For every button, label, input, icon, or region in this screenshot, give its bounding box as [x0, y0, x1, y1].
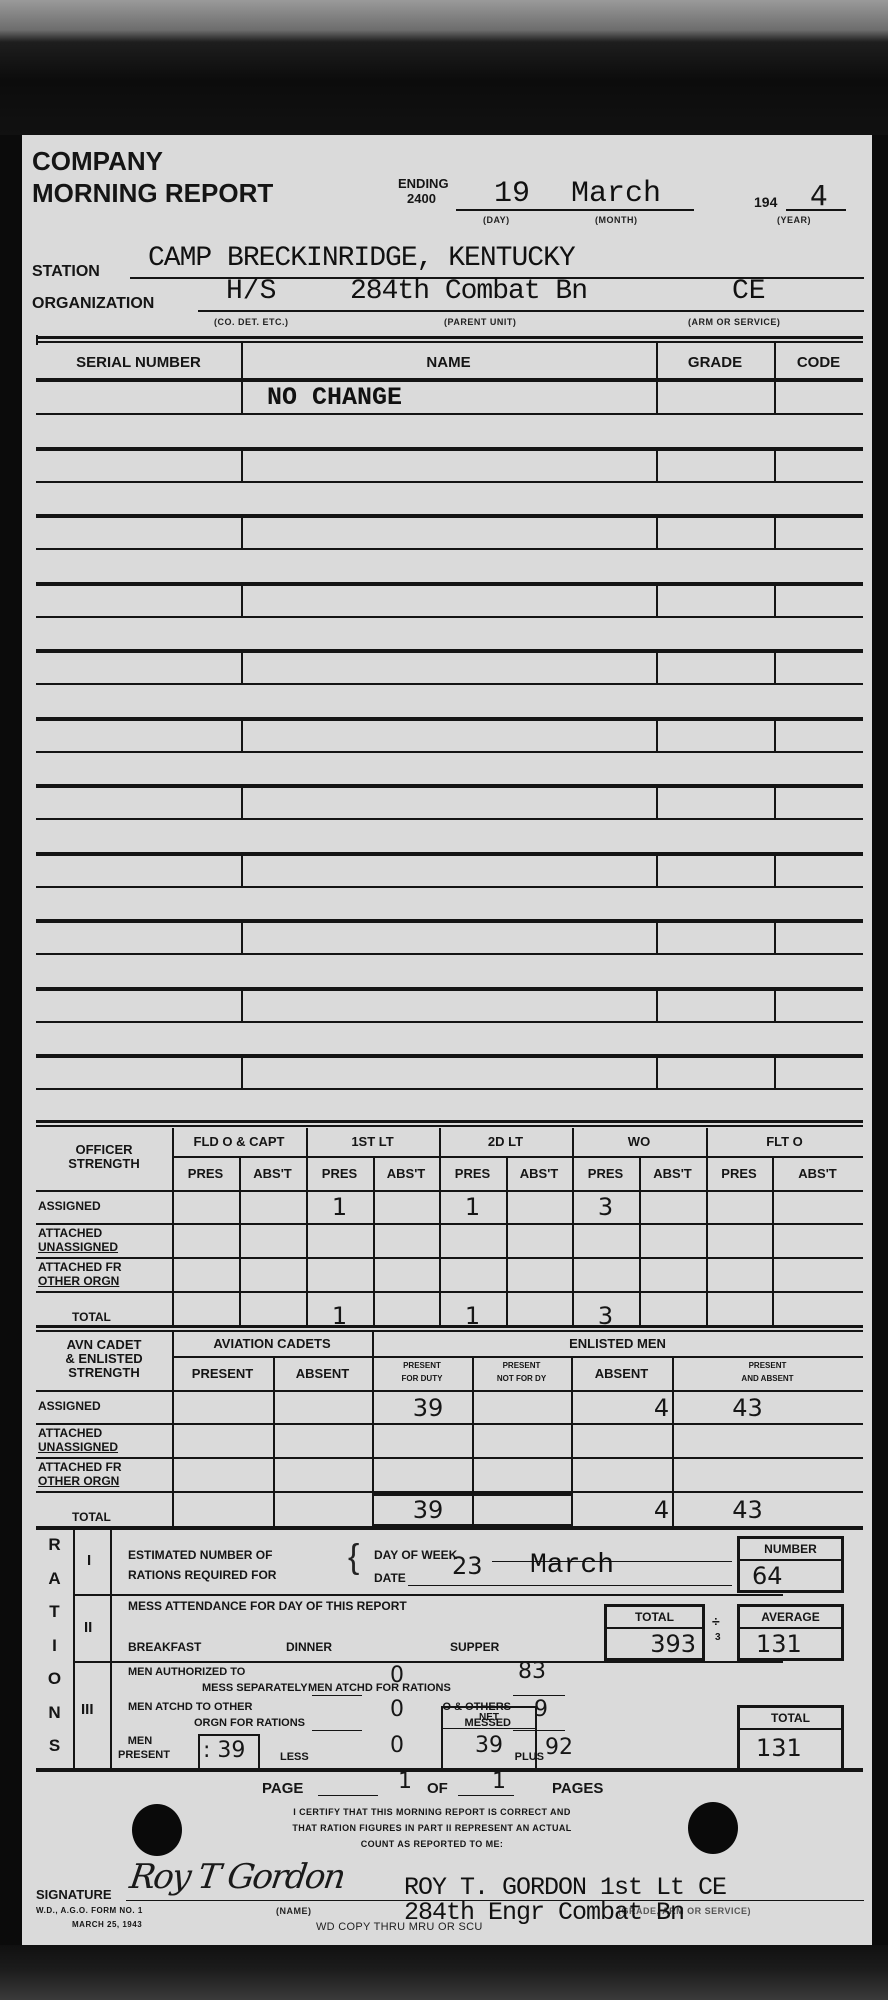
officer-group-header: FLD O & CAPT: [172, 1134, 306, 1149]
average-box: AVERAGE 131: [737, 1604, 844, 1661]
officer-header-rule: [36, 1190, 863, 1192]
enlisted-cell[interactable]: [273, 1461, 372, 1491]
auth-sep-label-1: MEN AUTHORIZED TO: [128, 1666, 245, 1678]
page-label: PAGE: [262, 1780, 303, 1797]
rations-top-rule: [36, 1527, 863, 1530]
sub-header-em-absent: ABSENT: [571, 1366, 672, 1381]
roster-column-divider: [656, 785, 658, 819]
officer-cell[interactable]: [506, 1227, 572, 1257]
enlisted-row-label: ATTACHED FR: [38, 1461, 122, 1474]
roster-column-divider: [774, 718, 776, 752]
officer-bottom-rule: [36, 1325, 863, 1328]
mess-total-label: TOTAL: [607, 1607, 702, 1629]
men-present-box: : 39: [198, 1734, 260, 1770]
caption-day: (DAY): [483, 215, 510, 225]
pages-value: 1: [492, 1769, 506, 1794]
roster-column-divider: [241, 785, 243, 819]
officer-cell[interactable]: [239, 1227, 306, 1257]
officer-cell[interactable]: [772, 1193, 863, 1223]
enlisted-row-rule: [36, 1457, 863, 1459]
rations-letter: R: [36, 1535, 73, 1555]
of-label: OF: [427, 1780, 448, 1797]
certify-line-3: COUNT AS REPORTED TO ME:: [222, 1839, 642, 1849]
pages-label: PAGES: [552, 1780, 603, 1797]
mess-total-box: TOTAL 393: [604, 1604, 705, 1661]
officer-cell[interactable]: [373, 1227, 439, 1257]
handwritten-signature: Roy T Gordon: [127, 1857, 346, 1897]
enlisted-cell[interactable]: 43: [652, 1393, 843, 1423]
roster-pair-rule: [36, 514, 863, 518]
officer-sub-header: ABS'T: [772, 1166, 863, 1181]
enlisted-strength-title: AVN CADET: [36, 1338, 172, 1352]
rations-letter: S: [36, 1736, 73, 1756]
final-total-box: TOTAL 131: [737, 1705, 844, 1770]
enlisted-cell[interactable]: [472, 1427, 571, 1457]
roster-row-rule: [36, 683, 863, 685]
sec2-numeral: II: [84, 1619, 92, 1636]
roster-bottom-rule-2: [36, 1125, 863, 1127]
atchd-other-underline: [312, 1730, 362, 1731]
roster-column-divider: [656, 920, 658, 954]
officer-strength-title: OFFICER: [36, 1143, 172, 1157]
organization-label: ORGANIZATION: [32, 295, 154, 313]
officer-row-rule: [36, 1257, 863, 1259]
aviation-cadets-header: AVIATION CADETS: [172, 1336, 372, 1351]
roster-row-rule: [36, 413, 863, 415]
roster-column-divider: [774, 853, 776, 887]
roster-column-divider: [774, 650, 776, 684]
officer-cell[interactable]: [572, 1227, 639, 1257]
rations-letter: I: [36, 1636, 73, 1656]
roster-pair-rule: [36, 582, 863, 586]
sub-header-present-and-absent: PRESENT: [672, 1361, 863, 1370]
roster-column-divider: [774, 1055, 776, 1089]
punch-hole-left-icon: [132, 1804, 182, 1856]
officer-cell[interactable]: [706, 1227, 772, 1257]
rations-sec2-bottom: [73, 1661, 783, 1663]
punch-hole-right-icon: [688, 1802, 738, 1854]
officer-cell[interactable]: [772, 1261, 863, 1291]
officer-bottom-rule-2: [36, 1330, 863, 1332]
enlisted-row-label: ASSIGNED: [38, 1400, 101, 1413]
station-label: STATION: [32, 263, 100, 281]
enlisted-cell[interactable]: [172, 1495, 273, 1525]
roster-corner: [36, 335, 38, 345]
officer-cell[interactable]: [639, 1227, 706, 1257]
enlisted-cell[interactable]: 43: [652, 1495, 843, 1525]
roster-row-rule: [36, 886, 863, 888]
microfilm-top-edge: [0, 0, 888, 135]
form-date: MARCH 25, 1943: [72, 1920, 142, 1929]
sub-header-present-not-for-duty: NOT FOR DY: [472, 1374, 571, 1383]
men-present-label-1: MEN: [118, 1735, 162, 1747]
men-present-label-2: PRESENT: [118, 1749, 170, 1761]
rations-letter: T: [36, 1602, 73, 1622]
officer-cell[interactable]: [172, 1227, 239, 1257]
roster-bottom-rule: [36, 1120, 863, 1123]
sec1-label-2: RATIONS REQUIRED FOR: [128, 1568, 276, 1582]
officer-sub-header: ABS'T: [506, 1166, 572, 1181]
final-total-label: TOTAL: [740, 1708, 841, 1730]
roster-pair-rule: [36, 649, 863, 653]
page-value: 1: [398, 1769, 412, 1794]
roster-column-divider: [774, 920, 776, 954]
enlisted-strength-title: & ENLISTED: [36, 1352, 172, 1366]
enlisted-cell[interactable]: [172, 1461, 273, 1491]
number-label: NUMBER: [740, 1539, 841, 1561]
enlisted-men-header: ENLISTED MEN: [372, 1336, 863, 1351]
pages-underline: [458, 1795, 514, 1796]
officer-sub-header: PRES: [572, 1166, 639, 1181]
rations-letter: A: [36, 1569, 73, 1589]
roster-column-divider: [656, 583, 658, 617]
rations-letter-divider: [73, 1530, 75, 1768]
roster-column-divider: [656, 448, 658, 482]
officer-group-header: FLT O: [706, 1134, 863, 1149]
roster-column-header: GRADE: [656, 354, 774, 371]
officer-sub-header: PRES: [172, 1166, 239, 1181]
sec3-numeral: III: [81, 1701, 94, 1718]
form-title-line1: COMPANY: [32, 147, 163, 175]
enlisted-row-label: ATTACHED: [38, 1427, 102, 1440]
organization-underline: [198, 310, 864, 312]
atchd-other-label-1: MEN ATCHD TO OTHER: [128, 1701, 252, 1713]
page-underline: [318, 1795, 378, 1796]
enlisted-cell[interactable]: [172, 1393, 273, 1423]
org-parent-unit: 284th Combat Bn: [350, 276, 587, 307]
plus-label: PLUS: [474, 1751, 544, 1763]
wd-copy-note: WD COPY THRU MRU OR SCU: [316, 1921, 483, 1933]
enlisted-row-label: TOTAL: [72, 1511, 111, 1524]
auth-sep-label-2: MESS SEPARATELY: [202, 1682, 308, 1694]
roster-column-divider: [241, 583, 243, 617]
roster-row-rule: [36, 953, 863, 955]
officer-cell[interactable]: [172, 1193, 239, 1223]
date-label: DATE: [374, 1571, 406, 1585]
officer-row-label: OTHER ORGN: [38, 1275, 119, 1288]
roster-column-divider: [656, 515, 658, 549]
caption-month: (MONTH): [595, 215, 638, 225]
enlisted-header-rule: [36, 1390, 863, 1392]
officer-sub-header: ABS'T: [639, 1166, 706, 1181]
caption-name: (NAME): [276, 1906, 312, 1916]
enlisted-cell[interactable]: 39: [378, 1393, 478, 1423]
caption-arm: (ARM OR SERVICE): [688, 317, 780, 327]
roster-column-divider: [774, 448, 776, 482]
officer-row-label: TOTAL: [72, 1311, 111, 1324]
form-number: W.D., A.G.O. FORM NO. 1: [36, 1906, 143, 1915]
officer-cell[interactable]: 1: [439, 1193, 506, 1223]
date-month: March: [530, 1550, 614, 1581]
enlisted-row-label: UNASSIGNED: [38, 1441, 118, 1454]
officer-row-rule: [36, 1291, 863, 1293]
caption-company: (CO. DET. ETC.): [214, 317, 289, 327]
sub-header-present-not-for-duty: PRESENT: [472, 1361, 571, 1370]
station-value: CAMP BRECKINRIDGE, KENTUCKY: [148, 243, 575, 274]
atchd-other-value: 0: [390, 1697, 404, 1722]
roster-top-rule: [36, 336, 863, 339]
officer-cell[interactable]: [439, 1261, 506, 1291]
atchd-for-rations-underline: [513, 1695, 565, 1696]
officer-cell[interactable]: [373, 1193, 439, 1223]
enlisted-cell[interactable]: [378, 1461, 478, 1491]
supper-label: SUPPER: [450, 1640, 499, 1654]
less-label: LESS: [280, 1751, 309, 1763]
officer-sub-header: PRES: [706, 1166, 772, 1181]
divide-icon: ÷: [712, 1613, 720, 1629]
roster-column-divider: [241, 448, 243, 482]
officer-row-rule: [36, 1223, 863, 1225]
roster-column-divider: [774, 785, 776, 819]
others-value: 9: [534, 1697, 548, 1722]
others-underline: [513, 1730, 565, 1731]
roster-column-header: NAME: [241, 354, 656, 371]
atchd-for-rations-label: MEN ATCHD FOR RATIONS: [308, 1682, 451, 1694]
rations-sec1-bottom: [73, 1594, 783, 1596]
roster-pair-rule: [36, 1054, 863, 1058]
officer-cell[interactable]: [239, 1261, 306, 1291]
org-arm-service: CE: [732, 276, 766, 307]
officer-row-label: ASSIGNED: [38, 1200, 101, 1213]
officer-group-rule: [172, 1156, 863, 1158]
breakfast-label: BREAKFAST: [128, 1640, 201, 1654]
others-label-2: MESSED: [441, 1717, 511, 1729]
roster-pair-rule: [36, 447, 863, 451]
final-total-value: 131: [740, 1730, 841, 1766]
roster-header-rule: [36, 378, 863, 382]
ending-label: ENDING: [398, 177, 449, 191]
officer-sub-header: PRES: [439, 1166, 506, 1181]
sec1-numeral: I: [87, 1552, 91, 1569]
sub-header-present-for-duty: FOR DUTY: [372, 1374, 472, 1383]
officer-cell[interactable]: [639, 1193, 706, 1223]
roster-column-divider: [241, 988, 243, 1022]
roster-column-divider: [241, 853, 243, 887]
rations-letter: N: [36, 1703, 73, 1723]
average-value: 131: [740, 1629, 841, 1659]
roster-column-divider: [656, 718, 658, 752]
enlisted-cell[interactable]: [472, 1461, 571, 1491]
atchd-for-rations-value: 83: [518, 1659, 546, 1684]
sub-header-present: PRESENT: [172, 1366, 273, 1381]
officer-cell[interactable]: 3: [572, 1193, 639, 1223]
roster-column-divider: [241, 1055, 243, 1089]
mess-total-value: 393: [607, 1629, 702, 1659]
roster-row-rule: [36, 1021, 863, 1023]
officer-group-header: 1ST LT: [306, 1134, 439, 1149]
officer-cell[interactable]: [706, 1261, 772, 1291]
officer-group-header: 2D LT: [439, 1134, 572, 1149]
enlisted-cell[interactable]: [172, 1427, 273, 1457]
divide-by: 3: [715, 1632, 721, 1643]
enlisted-row-rule: [36, 1423, 863, 1425]
officer-cell[interactable]: [506, 1193, 572, 1223]
sub-header-absent: ABSENT: [273, 1366, 372, 1381]
morning-report-form: COMPANY MORNING REPORT ENDING 2400 19 Ma…: [22, 135, 872, 1945]
roster-name: NO CHANGE: [267, 383, 402, 412]
roster-column-divider: [774, 380, 776, 414]
signature-label: SIGNATURE: [36, 1887, 112, 1902]
roster-pair-rule: [36, 852, 863, 856]
atchd-other-label-2: ORGN FOR RATIONS: [194, 1717, 305, 1729]
roster-row-rule: [36, 548, 863, 550]
officer-cell[interactable]: [639, 1261, 706, 1291]
roster-column-divider: [656, 853, 658, 887]
enlisted-cell[interactable]: [273, 1427, 372, 1457]
roster-top-rule-2: [36, 341, 863, 343]
officer-cell[interactable]: [706, 1193, 772, 1223]
average-label: AVERAGE: [740, 1607, 841, 1629]
rations-letter: O: [36, 1669, 73, 1689]
officer-cell[interactable]: [572, 1261, 639, 1291]
officer-cell[interactable]: [439, 1227, 506, 1257]
enlisted-cell[interactable]: [652, 1427, 843, 1457]
men-present-value: : 39: [200, 1736, 258, 1766]
roster-column-divider: [241, 920, 243, 954]
officer-row-label: ATTACHED FR: [38, 1261, 122, 1274]
date-underline: [408, 1585, 732, 1586]
day-of-week-label: DAY OF WEEK: [374, 1548, 457, 1562]
sec2-label: MESS ATTENDANCE FOR DAY OF THIS REPORT: [128, 1599, 407, 1613]
officer-group-header: WO: [572, 1134, 706, 1149]
sub-header-present-for-duty: PRESENT: [372, 1361, 472, 1370]
roster-column-header: SERIAL NUMBER: [36, 354, 241, 371]
roster-column-divider: [241, 650, 243, 684]
brace-icon: {: [348, 1537, 359, 1577]
officer-cell[interactable]: [172, 1261, 239, 1291]
roster-column-divider: [774, 515, 776, 549]
plus-value: 92: [545, 1735, 573, 1760]
report-month: March: [571, 177, 661, 211]
number-value: 64: [740, 1561, 841, 1591]
officer-sub-header: ABS'T: [239, 1166, 306, 1181]
officer-row-label: ATTACHED: [38, 1227, 102, 1240]
ending-time-label: 2400: [407, 192, 436, 206]
roster-column-divider: [656, 650, 658, 684]
enlisted-strength-title: STRENGTH: [36, 1366, 172, 1380]
less-value: 0: [390, 1733, 404, 1758]
officer-cell[interactable]: [506, 1261, 572, 1291]
total-present-box-divider: [472, 1493, 474, 1526]
officer-strength-title: STRENGTH: [36, 1157, 172, 1171]
enlisted-cell[interactable]: [273, 1393, 372, 1423]
caption-year: (YEAR): [777, 215, 811, 225]
roster-row-rule: [36, 616, 863, 618]
roster-column-divider: [656, 380, 658, 414]
enlisted-cell[interactable]: [472, 1393, 571, 1423]
certify-line-2: THAT RATION FIGURES IN PART II REPRESENT…: [222, 1823, 642, 1833]
roster-row-rule: [36, 481, 863, 483]
roster-pair-rule: [36, 987, 863, 991]
roster-column-divider: [656, 988, 658, 1022]
form-title-line2: MORNING REPORT: [32, 179, 273, 207]
dinner-label: DINNER: [286, 1640, 332, 1654]
sec1-label-1: ESTIMATED NUMBER OF: [128, 1548, 272, 1562]
roster-pair-rule: [36, 784, 863, 788]
sub-header-present-and-absent: AND ABSENT: [672, 1374, 863, 1383]
officer-cell[interactable]: 1: [306, 1193, 373, 1223]
roster-column-divider: [241, 380, 243, 414]
year-prefix: 194: [754, 194, 777, 210]
org-company: H/S: [226, 276, 276, 307]
officer-row-label: UNASSIGNED: [38, 1241, 118, 1254]
date-day-handwritten: 23: [452, 1552, 483, 1580]
enlisted-group-rule: [172, 1356, 863, 1358]
caption-parent-unit: (PARENT UNIT): [444, 317, 516, 327]
officer-sub-header: ABS'T: [373, 1166, 439, 1181]
roster-column-divider: [774, 988, 776, 1022]
enlisted-cell[interactable]: [652, 1461, 843, 1491]
roster-row-rule: [36, 751, 863, 753]
enlisted-row-label: OTHER ORGN: [38, 1475, 119, 1488]
officer-cell[interactable]: [772, 1227, 863, 1257]
roster-column-divider: [656, 1055, 658, 1089]
auth-sep-underline: [312, 1695, 362, 1696]
officer-cell[interactable]: [373, 1261, 439, 1291]
roster-row-rule: [36, 818, 863, 820]
report-year-digit: 4: [810, 179, 828, 212]
report-day: 19: [494, 177, 530, 211]
roster-column-divider: [774, 583, 776, 617]
rations-numeral-divider: [110, 1530, 112, 1768]
number-box: NUMBER 64: [737, 1536, 844, 1593]
officer-cell[interactable]: [306, 1227, 373, 1257]
enlisted-cell[interactable]: [378, 1427, 478, 1457]
roster-column-header: CODE: [774, 354, 863, 371]
officer-cell[interactable]: [239, 1193, 306, 1223]
roster-pair-rule: [36, 717, 863, 721]
certify-line-1: I CERTIFY THAT THIS MORNING REPORT IS CO…: [222, 1807, 642, 1817]
others-label-1: O & OTHERS: [441, 1701, 511, 1713]
roster-pair-rule: [36, 919, 863, 923]
roster-column-divider: [241, 718, 243, 752]
roster-row-rule: [36, 1088, 863, 1090]
microfilm-bottom-edge: [0, 1945, 888, 2000]
officer-sub-header: PRES: [306, 1166, 373, 1181]
officer-cell[interactable]: [306, 1261, 373, 1291]
roster-column-divider: [241, 515, 243, 549]
enlisted-cell[interactable]: [273, 1495, 372, 1525]
